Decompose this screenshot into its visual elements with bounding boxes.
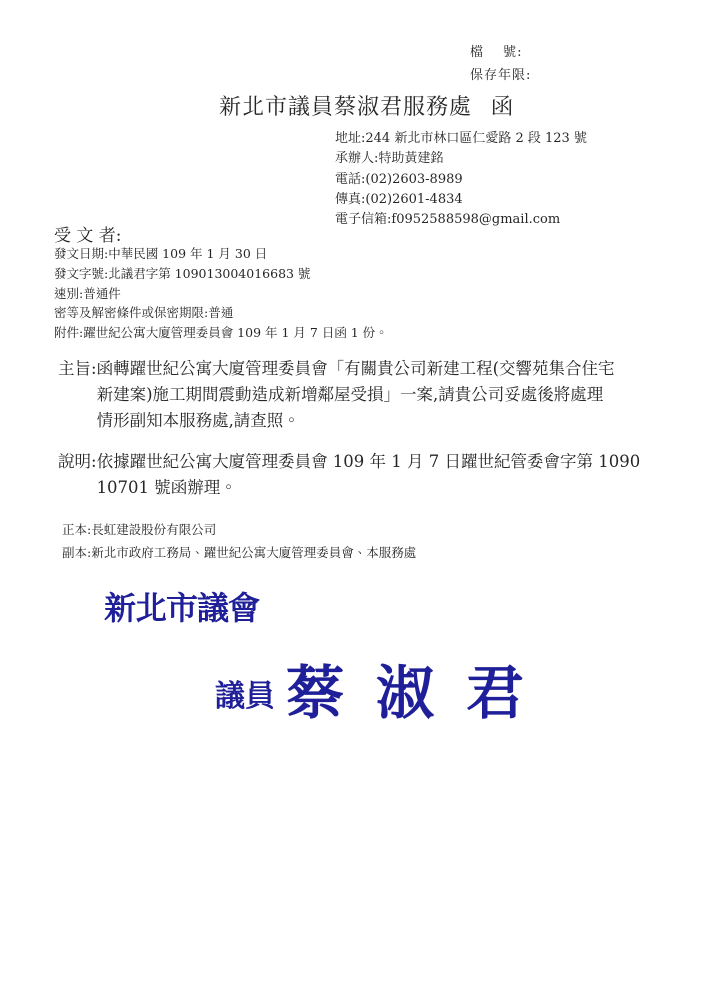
- retention-period-label: 保存年限:: [470, 64, 531, 87]
- official-letter-page: 檔 號: 保存年限: 新北市議員蔡淑君服務處函 地址:244 新北市林口區仁愛路…: [0, 0, 707, 1000]
- cc-recipients-line: 副本:新北市政府工務局、躍世紀公寓大廈管理委員會、本服務處: [62, 541, 416, 564]
- description-body: 依據躍世紀公寓大廈管理委員會 109 年 1 月 7 日躍世紀管委會字第 109…: [97, 449, 641, 501]
- file-number-label: 檔 號:: [470, 41, 531, 64]
- description-label: 說明:: [58, 449, 97, 501]
- contact-handler-line: 承辦人:特助黃建銘: [335, 149, 587, 169]
- subject-line: 函轉躍世紀公寓大廈管理委員會「有關貴公司新建工程(交響苑集合住宅: [97, 356, 615, 382]
- doc-type-label: 函: [491, 95, 514, 120]
- subject-line: 情形副知本服務處,請查照。: [97, 408, 615, 434]
- councilor-title-stamp: 議員: [215, 671, 275, 715]
- issue-date-line: 發文日期:中華民國 109 年 1 月 30 日: [54, 244, 388, 264]
- speed-class-line: 速別:普通件: [54, 284, 388, 304]
- council-stamp: 新北市議會: [104, 583, 259, 629]
- copies-block: 正本:長虹建設股份有限公司 副本:新北市政府工務局、躍世紀公寓大廈管理委員會、本…: [62, 518, 416, 564]
- meta-block: 發文日期:中華民國 109 年 1 月 30 日 發文字號:北議君字第 1090…: [54, 244, 388, 343]
- contact-email-line: 電子信箱:f0952588598@gmail.com: [335, 210, 587, 230]
- sender-contact-block: 地址:244 新北市林口區仁愛路 2 段 123 號 承辦人:特助黃建銘 電話:…: [335, 129, 587, 230]
- contact-phone-line: 電話:(02)2603-8989: [335, 170, 587, 190]
- attachment-line: 附件:躍世紀公寓大廈管理委員會 109 年 1 月 7 日函 1 份。: [54, 323, 388, 343]
- description-line: 依據躍世紀公寓大廈管理委員會 109 年 1 月 7 日躍世紀管委會字第 109…: [97, 449, 641, 475]
- contact-fax-line: 傳真:(02)2601-4834: [335, 190, 587, 210]
- file-number-block: 檔 號: 保存年限:: [470, 41, 531, 87]
- subject-body: 函轉躍世紀公寓大廈管理委員會「有關貴公司新建工程(交響苑集合住宅 新建案)施工期…: [97, 356, 615, 434]
- subject-label: 主旨:: [58, 356, 97, 434]
- subject-line: 新建案)施工期間震動造成新增鄰屋受損」一案,請貴公司妥處後將處理: [97, 382, 615, 408]
- document-title: 新北市議員蔡淑君服務處函: [219, 90, 514, 121]
- doc-number-line: 發文字號:北議君字第 109013004016683 號: [54, 264, 388, 284]
- description-line: 10701 號函辦理。: [97, 475, 641, 501]
- contact-address-line: 地址:244 新北市林口區仁愛路 2 段 123 號: [335, 129, 587, 149]
- councilor-name-stamp: 蔡淑君: [286, 646, 556, 730]
- description-section: 說明: 依據躍世紀公寓大廈管理委員會 109 年 1 月 7 日躍世紀管委會字第…: [58, 449, 640, 501]
- original-recipient-line: 正本:長虹建設股份有限公司: [62, 518, 416, 541]
- security-class-line: 密等及解密條件或保密期限:普通: [54, 303, 388, 323]
- issuer-name: 新北市議員蔡淑君服務處: [219, 95, 472, 120]
- recipient-label: 受 文 者:: [54, 221, 122, 246]
- subject-section: 主旨: 函轉躍世紀公寓大廈管理委員會「有關貴公司新建工程(交響苑集合住宅 新建案…: [58, 356, 615, 434]
